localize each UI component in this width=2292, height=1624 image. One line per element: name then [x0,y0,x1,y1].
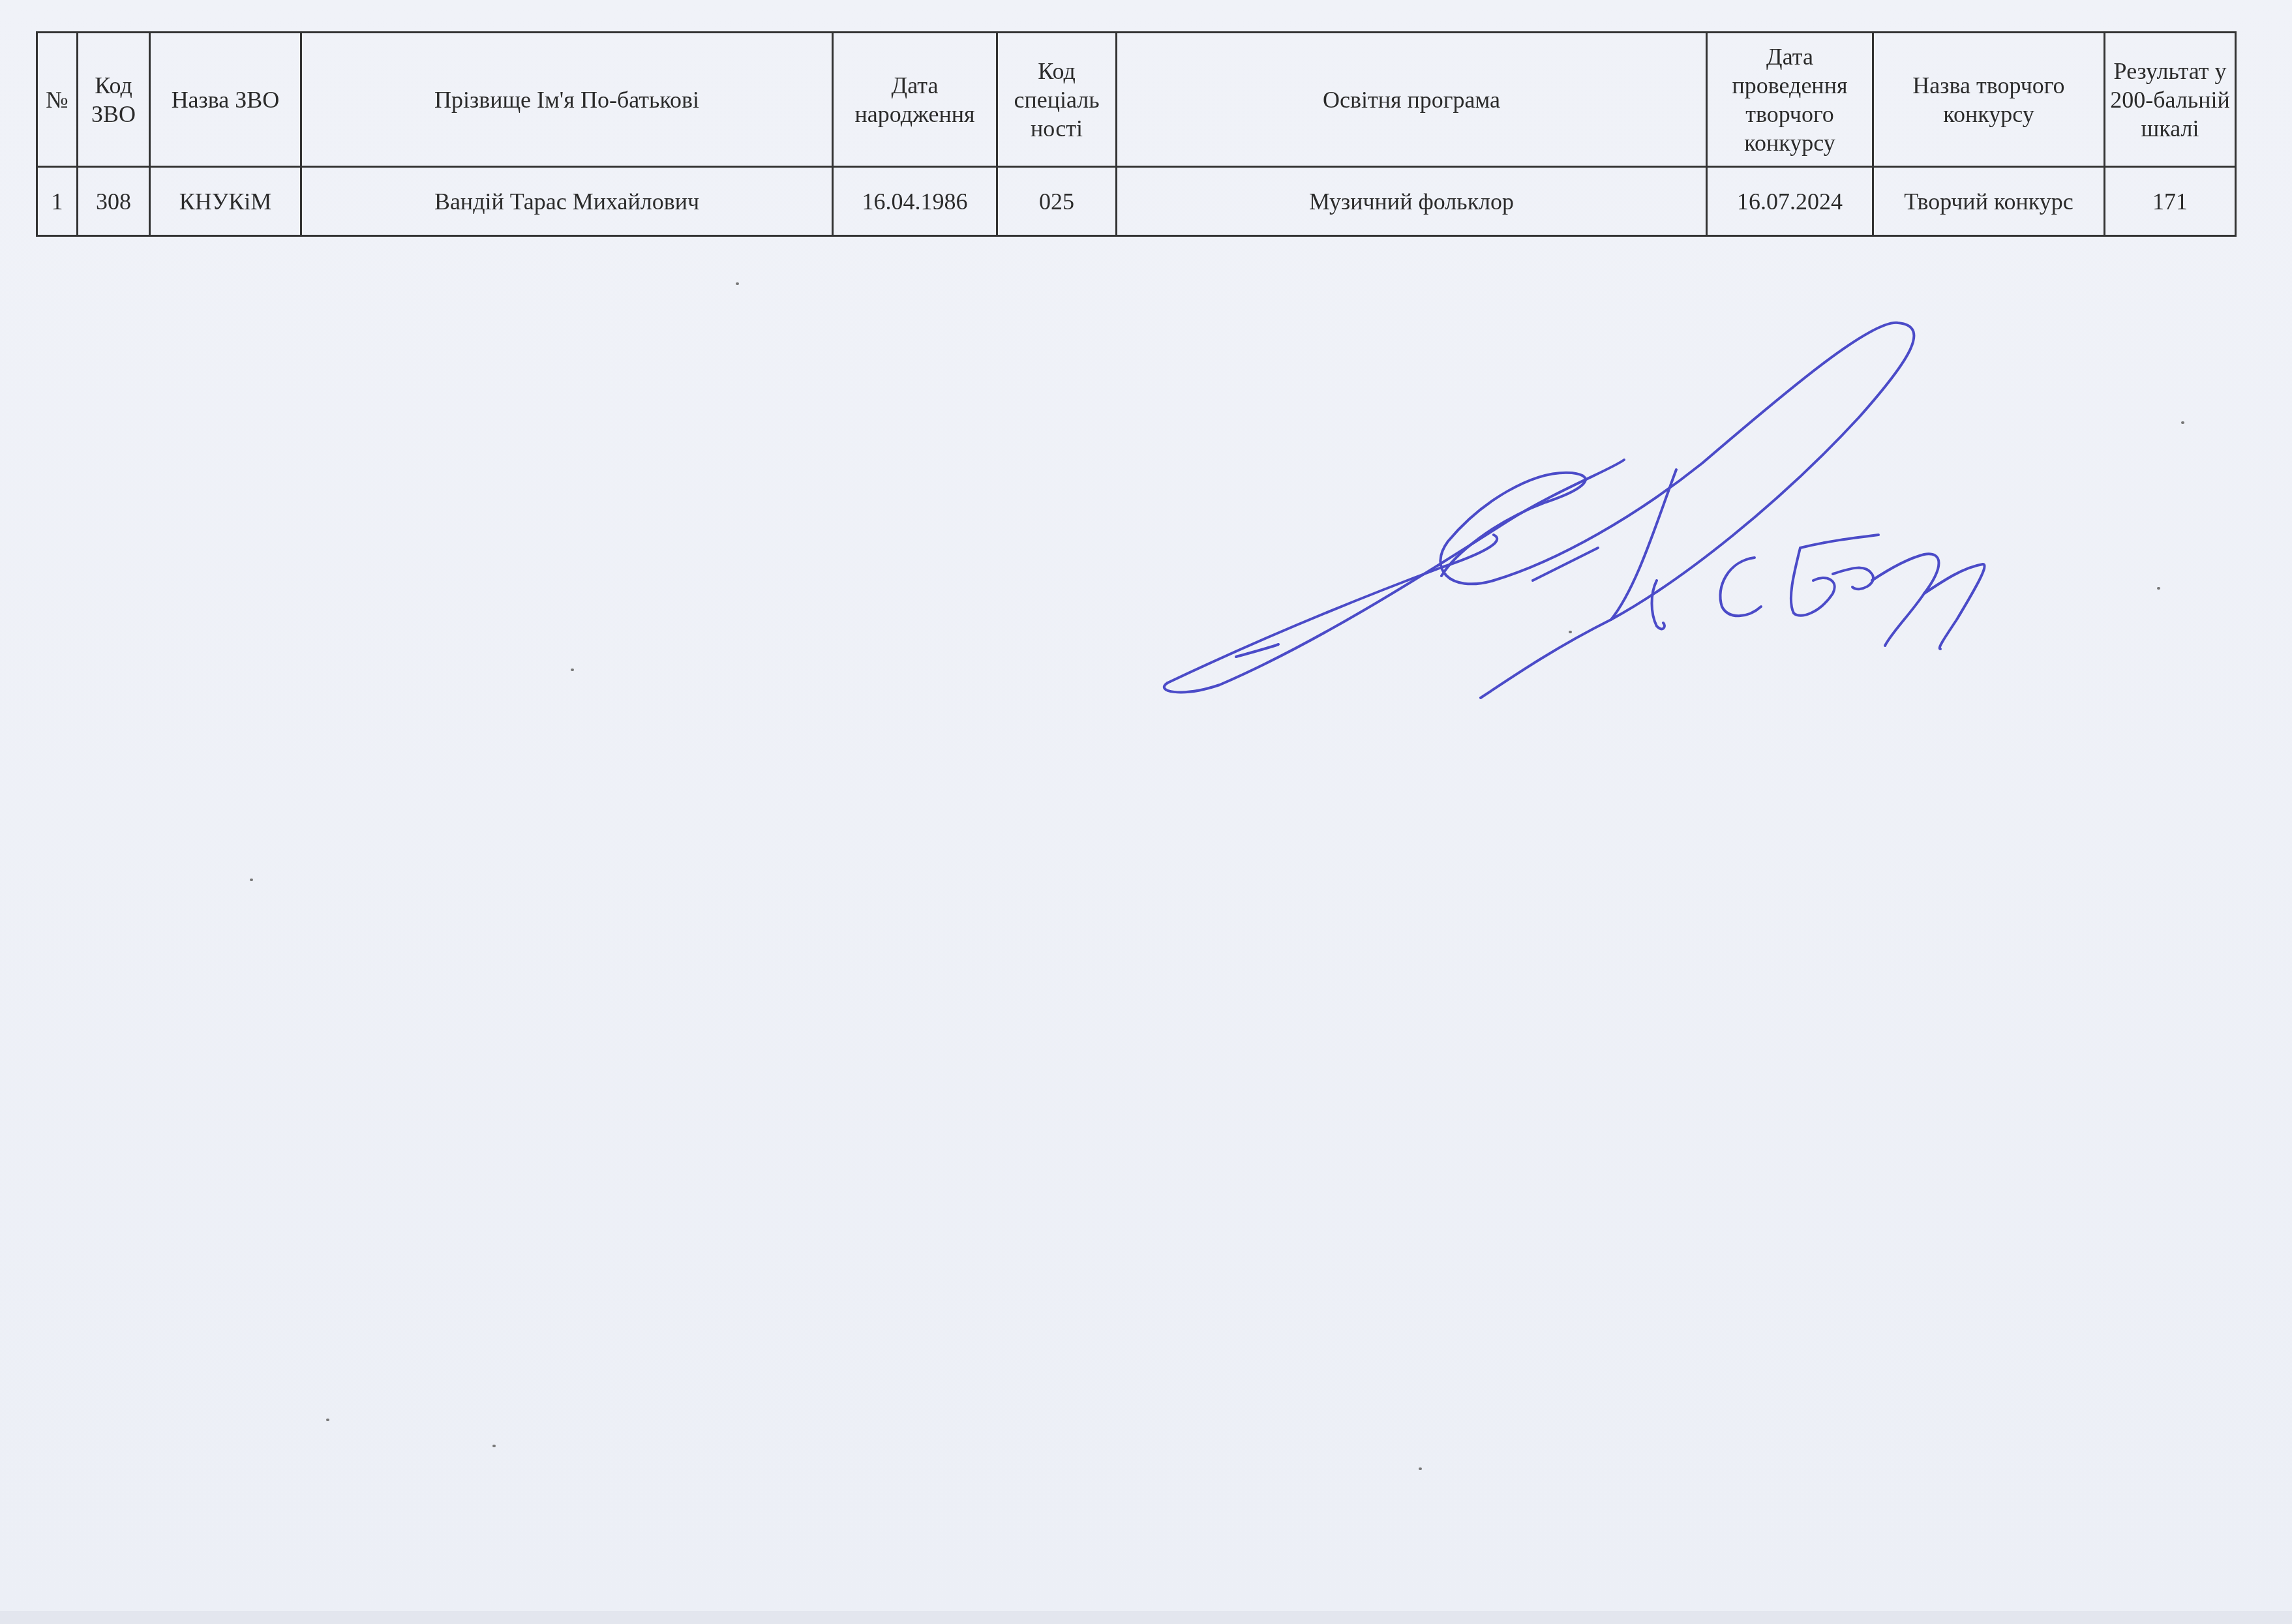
scan-speck [1569,631,1572,633]
col-header-specialty-code: Код спеціаль ності [997,33,1117,167]
cell-institution-code: 308 [78,167,150,236]
signature-icon [1141,307,2055,724]
scan-speck [1419,1467,1422,1470]
cell-number: 1 [37,167,78,236]
paper-background [0,0,2292,1624]
col-header-contest-name: Назва творчого конкурсу [1873,33,2105,167]
col-header-program: Освітня програма [1117,33,1707,167]
cell-contest-date: 16.07.2024 [1707,167,1873,236]
scan-speck [492,1445,496,1447]
scan-speck [571,669,574,671]
col-header-number: № [37,33,78,167]
cell-score: 171 [2105,167,2236,236]
table-row: 1 308 КНУКіМ Вандій Тарас Михайлович 16.… [37,167,2236,236]
scan-speck [736,282,739,285]
scan-speck [326,1419,329,1421]
col-header-birth-date: Дата народження [833,33,997,167]
cell-birth-date: 16.04.1986 [833,167,997,236]
col-header-contest-date: Дата проведення творчого конкурсу [1707,33,1873,167]
cell-contest-name: Творчий конкурс [1873,167,2105,236]
header-row: № Код ЗВО Назва ЗВО Прізвище Ім'я По-бат… [37,33,2236,167]
cell-program: Музичний фольклор [1117,167,1707,236]
cell-specialty-code: 025 [997,167,1117,236]
scan-speck [2157,587,2160,590]
scan-speck [2181,421,2184,424]
col-header-institution-name: Назва ЗВО [150,33,301,167]
col-header-institution-code: Код ЗВО [78,33,150,167]
scan-speck [250,879,253,881]
results-table: № Код ЗВО Назва ЗВО Прізвище Ім'я По-бат… [36,31,2237,237]
page-bottom-edge [0,1611,2292,1624]
cell-institution-name: КНУКіМ [150,167,301,236]
col-header-score: Результат у 200-бальній шкалі [2105,33,2236,167]
cell-full-name: Вандій Тарас Михайлович [301,167,833,236]
col-header-full-name: Прізвище Ім'я По-батькові [301,33,833,167]
